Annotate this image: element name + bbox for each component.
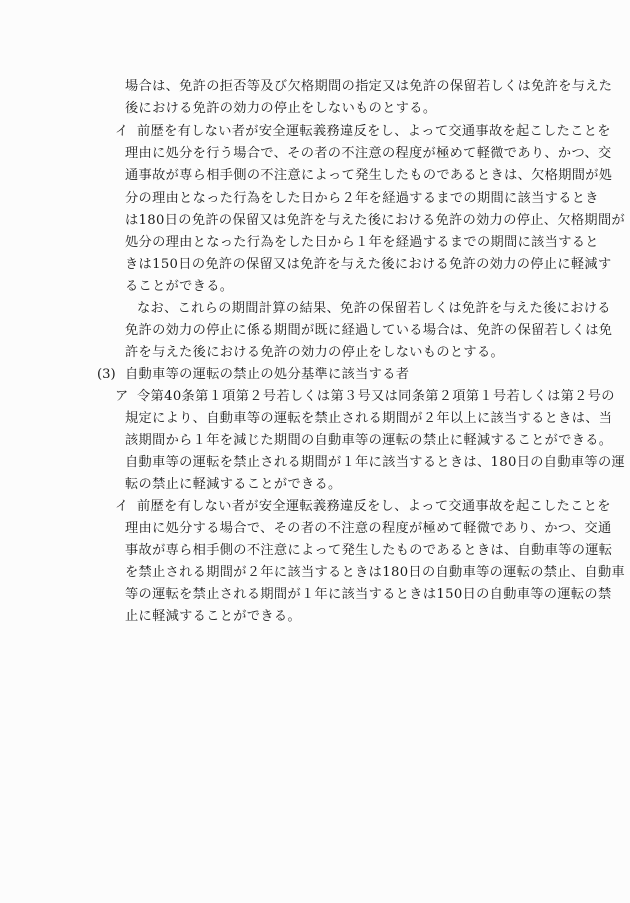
- subsection-number: (3): [97, 367, 116, 383]
- item-i-line-3: 通事故が専ら相手側の不注意によって発生したものであるときは、欠格期間が処: [125, 168, 612, 184]
- item-a-line-4: 自動車等の運転を禁止される期間が１年に該当するときは、180日の自動車等の運: [125, 455, 625, 471]
- subsection-heading: 自動車等の運転の禁止の処分基準に該当する者: [125, 367, 409, 383]
- continuation-line-1: 場合は、免許の拒否等及び欠格期間の指定又は免許の保留若しくは免許を与えた: [125, 79, 612, 95]
- note-line-2: 免許の効力の停止に係る期間が既に経過している場合は、免許の保留若しくは免: [125, 323, 612, 339]
- item-marker-i-2: イ: [115, 499, 128, 515]
- item-i2-line-2: 理由に処分する場合で、その者の不注意の程度が極めて軽微であり、かつ、交通: [125, 521, 612, 537]
- item-i-line-2: 理由に処分を行う場合で、その者の不注意の程度が極めて軽微であり、かつ、交: [125, 146, 612, 162]
- item-i2-line-4: を禁止される期間が２年に該当するときは180日の自動車等の運転の禁止、自動車: [125, 565, 625, 581]
- item-i2-line-5: 等の運転を禁止される期間が１年に該当するときは150日の自動車等の運転の禁: [125, 587, 612, 603]
- item-i-line-4: 分の理由となった行為をした日から２年を経過するまでの期間に該当するとき: [125, 191, 599, 207]
- item-i-line-1: 前歴を有しない者が安全運転義務違反をし、よって交通事故を起こしたことを: [137, 124, 611, 140]
- continuation-line-2: 後における免許の効力の停止をしないものとする。: [125, 101, 436, 117]
- item-a-line-5: 転の禁止に軽減することができる。: [125, 477, 342, 493]
- item-i2-line-1: 前歴を有しない者が安全運転義務違反をし、よって交通事故を起こしたことを: [137, 499, 611, 515]
- item-a-line-3: 該期間から１年を減じた期間の自動車等の運転の禁止に軽減することができる。: [125, 433, 612, 449]
- item-i2-line-3: 事故が専ら相手側の不注意によって発生したものであるときは、自動車等の運転: [125, 543, 612, 559]
- item-marker-a: ア: [115, 389, 128, 405]
- note-line-1: なお、これらの期間計算の結果、免許の保留若しくは免許を与えた後における: [137, 301, 611, 317]
- item-a-line-2: 規定により、自動車等の運転を禁止される期間が２年以上に該当するときは、当: [125, 411, 612, 427]
- note-line-3: 許を与えた後における免許の効力の停止をしないものとする。: [125, 345, 504, 361]
- item-i-line-7: きは150日の免許の保留又は免許を与えた後における免許の効力の停止に軽減す: [125, 257, 612, 273]
- item-i-line-5: は180日の免許の保留又は免許を与えた後における免許の効力の停止、欠格期間が: [125, 213, 625, 229]
- item-i-line-6: 処分の理由となった行為をした日から１年を経過するまでの期間に該当すると: [125, 235, 599, 251]
- item-a-line-1: 令第40条第１項第２号若しくは第３号又は同条第２項第１号若しくは第２号の: [137, 389, 615, 405]
- item-i2-line-6: 止に軽減することができる。: [125, 609, 301, 625]
- item-marker-i: イ: [115, 124, 128, 140]
- item-i-line-8: ることができる。: [125, 279, 233, 295]
- document-page: 場合は、免許の拒否等及び欠格期間の指定又は免許の保留若しくは免許を与えた 後にお…: [0, 0, 630, 903]
